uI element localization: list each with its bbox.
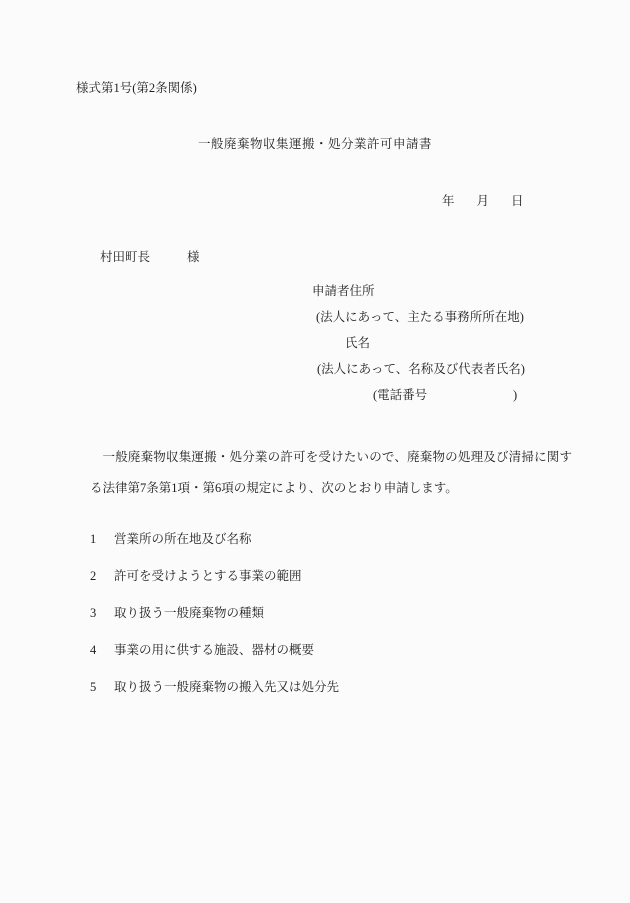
date-line: 年 月 日 — [442, 194, 524, 209]
phone-number-close-paren: ) — [513, 388, 517, 403]
applicant-address-note: (法人にあって、主たる事務所所在地) — [316, 310, 524, 325]
item-text: 取り扱う一般廃棄物の種類 — [114, 606, 264, 620]
date-month-blank — [489, 194, 511, 209]
date-day-label: 日 — [511, 194, 524, 209]
list-item: 1営業所の所在地及び名称 — [90, 532, 252, 547]
item-text: 営業所の所在地及び名称 — [114, 532, 252, 546]
list-item: 2許可を受けようとする事業の範囲 — [90, 569, 302, 584]
date-month-label: 月 — [477, 194, 490, 209]
addressee-line: 村田町長 様 — [100, 250, 200, 265]
item-text: 事業の用に供する施設、器材の概要 — [114, 643, 314, 657]
addressee-name: 村田町長 — [100, 250, 150, 265]
applicant-phone-line: (電話番号 ) — [373, 388, 427, 403]
item-number: 5 — [90, 680, 114, 695]
date-year-blank — [455, 194, 477, 209]
application-statement: 一般廃棄物収集運搬・処分業の許可を受けたいので、廃棄物の処理及び清掃に関する法律… — [90, 442, 572, 504]
item-text: 取り扱う一般廃棄物の搬入先又は処分先 — [114, 680, 339, 694]
form-number: 様式第1号(第2条関係) — [76, 81, 197, 96]
addressee-blank — [150, 250, 187, 265]
item-text: 許可を受けようとする事業の範囲 — [114, 569, 302, 583]
date-year-label: 年 — [442, 194, 455, 209]
item-number: 3 — [90, 606, 114, 621]
item-number: 1 — [90, 532, 114, 547]
list-item: 4事業の用に供する施設、器材の概要 — [90, 643, 314, 658]
item-number: 2 — [90, 569, 114, 584]
applicant-name-note: (法人にあって、名称及び代表者氏名) — [317, 362, 525, 377]
addressee-honorific: 様 — [187, 250, 200, 265]
application-form-page: 様式第1号(第2条関係) 一般廃棄物収集運搬・処分業許可申請書 年 月 日 村田… — [0, 0, 630, 903]
list-item: 5取り扱う一般廃棄物の搬入先又は処分先 — [90, 680, 339, 695]
applicant-address-label: 申請者住所 — [312, 284, 375, 299]
applicant-name-label: 氏名 — [345, 336, 370, 351]
phone-number-label: (電話番号 — [373, 388, 427, 402]
item-number: 4 — [90, 643, 114, 658]
list-item: 3取り扱う一般廃棄物の種類 — [90, 606, 264, 621]
document-title: 一般廃棄物収集運搬・処分業許可申請書 — [0, 137, 630, 152]
